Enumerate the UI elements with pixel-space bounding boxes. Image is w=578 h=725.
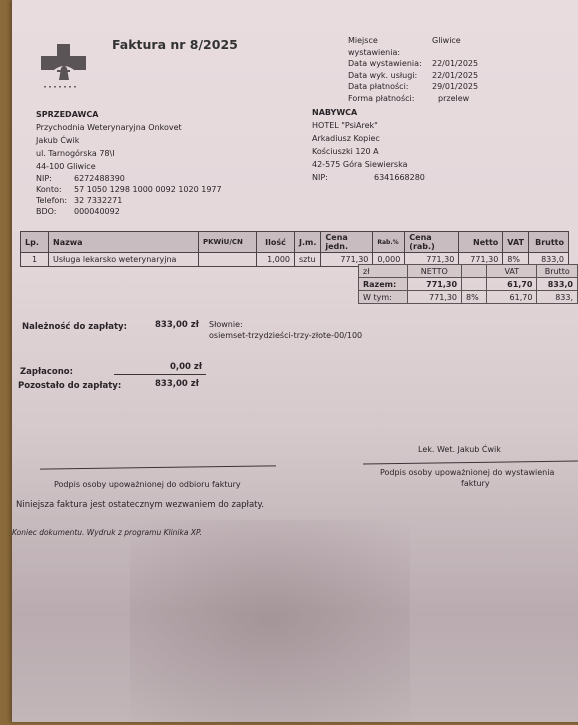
buyer-line: 42-575 Góra Siewierska [312, 158, 425, 171]
col-lp: Lp. [21, 232, 49, 253]
cell-pkwiu [199, 253, 257, 267]
items-table: Lp. Nazwa PKWiU/CN Ilość J.m. Cena jedn.… [20, 231, 569, 267]
seller-bdo: BDO:000040092 [36, 206, 222, 217]
col-name: Nazwa [49, 232, 199, 253]
sum-cell: W tym: [359, 291, 408, 304]
cell-unit: sztu [295, 253, 321, 267]
meta-issue-date: Data wystawienia:22/01/2025 [348, 58, 478, 70]
paper-shadow [130, 520, 410, 725]
buyer-nip: NIP:6341668280 [312, 171, 425, 184]
col-disc-price: Cena (rab.) [405, 232, 459, 253]
col-unit-price: Cena jedn. [321, 232, 373, 253]
seller-line: 44-100 Gliwice [36, 160, 222, 173]
field-value: 6341668280 [374, 171, 425, 184]
sum-cell: 61,70 [487, 278, 537, 291]
col-gross: Brutto [528, 232, 568, 253]
items-header-row: Lp. Nazwa PKWiU/CN Ilość J.m. Cena jedn.… [21, 232, 569, 253]
sum-cell: 771,30 [407, 278, 462, 291]
buyer-line: Kościuszki 120 A [312, 145, 425, 158]
summary-header-row: zł NETTO VAT Brutto [359, 265, 578, 278]
sum-cell: 833,0 [537, 278, 578, 291]
receiver-signature-caption: Podpis osoby upoważnionej do odbioru fak… [54, 480, 241, 489]
summary-breakdown-row: W tym: 771,30 8% 61,70 833, [359, 291, 578, 304]
invoice-meta: Miejsce wystawienia:Gliwice Data wystawi… [348, 35, 478, 104]
field-label: BDO: [36, 206, 74, 217]
seller-line: Przychodnia Weterynaryjna Onkovet [36, 121, 222, 134]
seller-line: ul. Tarnogórska 78\I [36, 147, 222, 160]
cell-lp: 1 [21, 253, 49, 267]
field-value: 32 7332271 [74, 195, 122, 206]
meta-payment-form: Forma płatności:przelew [348, 93, 478, 105]
seller-nip: NIP:6272488390 [36, 173, 222, 184]
amount-words-value: osiemset-trzydzieści-trzy-złote-00/100 [209, 331, 362, 340]
seller-line: Jakub Ćwik [36, 134, 222, 147]
sum-col-vat: VAT [487, 265, 537, 278]
meta-value: 22/01/2025 [432, 58, 478, 70]
remaining-value: 833,00 zł [155, 379, 199, 389]
buyer-block: NABYWCA HOTEL "PsiArek" Arkadiusz Kopiec… [312, 106, 425, 184]
cell-name: Usługa lekarsko weterynaryjna [49, 253, 199, 267]
col-net: Netto [459, 232, 503, 253]
amount-due-value: 833,00 zł [155, 320, 199, 330]
sum-col-rate [462, 265, 487, 278]
end-of-document: Koniec dokumentu. Wydruk z programu Klin… [12, 528, 202, 537]
sum-col-currency: zł [359, 265, 408, 278]
field-label: Konto: [36, 184, 74, 195]
seller-account: Konto:57 1050 1298 1000 0092 1020 1977 [36, 184, 222, 195]
col-qty: Ilość [257, 232, 295, 253]
final-notice: Niniejsza faktura jest ostatecznym wezwa… [16, 500, 264, 510]
buyer-line: HOTEL "PsiArek" [312, 119, 425, 132]
meta-service-date: Data wyk. usługi:22/01/2025 [348, 70, 478, 82]
summary-table: zł NETTO VAT Brutto Razem: 771,30 61,70 … [358, 264, 578, 304]
sum-cell: 61,70 [487, 291, 537, 304]
seller-phone: Telefon:32 7332271 [36, 195, 222, 206]
buyer-heading: NABYWCA [312, 106, 425, 119]
sum-cell [462, 278, 487, 291]
col-discount: Rab.% [373, 232, 405, 253]
meta-label: Miejsce wystawienia: [348, 35, 432, 58]
issuer-name: Lek. Wet. Jakub Ćwik [418, 445, 501, 454]
amount-due-label: Należność do zapłaty: [22, 322, 127, 332]
meta-label: Data płatności: [348, 81, 432, 93]
paid-label: Zapłacono: [20, 367, 73, 377]
sum-cell: Razem: [359, 278, 408, 291]
col-unit: J.m. [295, 232, 321, 253]
summary-total-row: Razem: 771,30 61,70 833,0 [359, 278, 578, 291]
meta-value: 29/01/2025 [432, 81, 478, 93]
paid-underline [114, 374, 206, 375]
meta-value: przelew [432, 93, 469, 105]
meta-value: Gliwice [432, 35, 461, 58]
sum-cell: 833, [537, 291, 578, 304]
col-pkwiu: PKWiU/CN [199, 232, 257, 253]
issuer-signature-caption: Podpis osoby upoważnionej do wystawienia [380, 468, 554, 477]
field-value: 6272488390 [74, 173, 125, 184]
meta-payment-date: Data płatności:29/01/2025 [348, 81, 478, 93]
buyer-line: Arkadiusz Kopiec [312, 132, 425, 145]
field-label: Telefon: [36, 195, 74, 206]
field-value: 57 1050 1298 1000 0092 1020 1977 [74, 184, 222, 195]
amount-words-label: Słownie: [209, 320, 243, 329]
field-label: NIP: [312, 171, 374, 184]
meta-value: 22/01/2025 [432, 70, 478, 82]
meta-place: Miejsce wystawienia:Gliwice [348, 35, 478, 58]
seller-heading: SPRZEDAWCA [36, 108, 222, 121]
meta-label: Forma płatności: [348, 93, 432, 105]
sum-cell: 8% [462, 291, 487, 304]
col-vat: VAT [503, 232, 529, 253]
paid-value: 0,00 zł [170, 362, 202, 372]
issuer-signature-caption-2: faktury [461, 479, 490, 488]
seller-block: SPRZEDAWCA Przychodnia Weterynaryjna Onk… [36, 108, 222, 217]
invoice-title: Faktura nr 8/2025 [112, 37, 238, 52]
meta-label: Data wystawienia: [348, 58, 432, 70]
meta-label: Data wyk. usługi: [348, 70, 432, 82]
field-label: NIP: [36, 173, 74, 184]
sum-col-gross: Brutto [537, 265, 578, 278]
remaining-label: Pozostało do zapłaty: [18, 381, 121, 391]
cell-qty: 1,000 [257, 253, 295, 267]
sum-cell: 771,30 [407, 291, 462, 304]
field-value: 000040092 [74, 206, 120, 217]
veterinary-cross-logo-icon [40, 42, 88, 90]
sum-col-net: NETTO [407, 265, 462, 278]
